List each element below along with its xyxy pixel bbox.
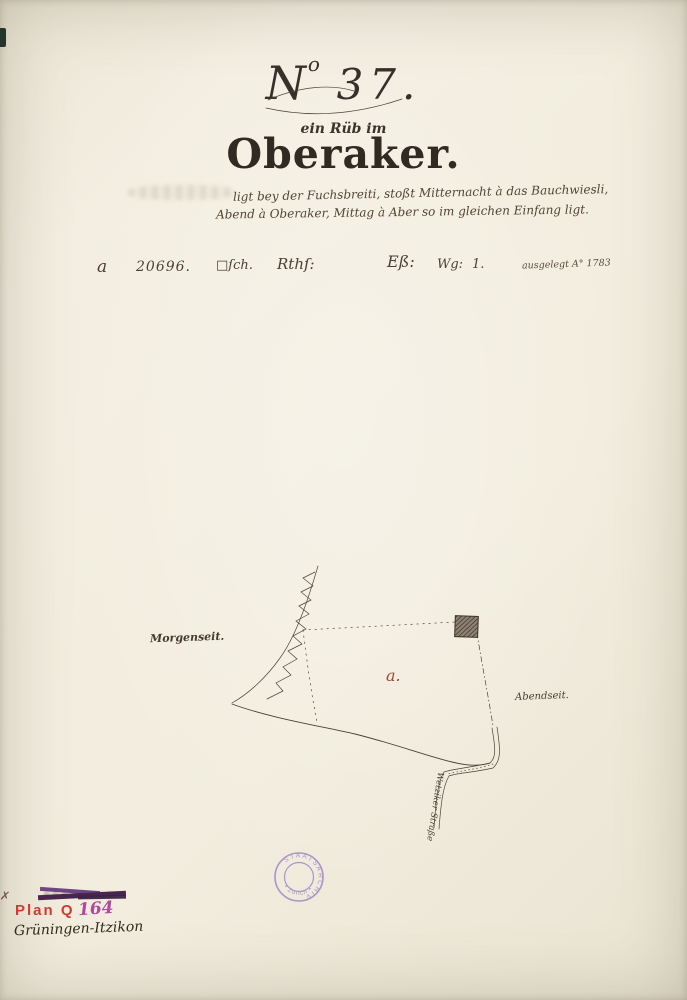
scan-edge-mark [0, 28, 6, 47]
road-edge-dots [447, 764, 493, 774]
slope-hatching [267, 572, 315, 699]
erased-text-smudge [128, 185, 236, 200]
stamp-text-top: STAATSARCHIV [283, 852, 324, 900]
scanned-plan-page: No 37. ein Rüb im Oberaker. ligt bey der… [0, 0, 687, 1000]
svg-text:• Zürich •: • Zürich • [282, 884, 314, 897]
building-square [455, 616, 479, 638]
road-line-outer [439, 727, 500, 829]
parcel-boundary-top-dotted [303, 622, 455, 630]
date-note: ausgelegt A° 1783 [522, 257, 611, 271]
plan-signature-stamp: Plan Q [15, 902, 75, 919]
parcel-boundary-right-dashdot [477, 633, 493, 726]
parcel-letter: a [97, 257, 107, 277]
plan-number-value: 37. [337, 60, 422, 109]
parcel-boundary-left-dotted [303, 630, 317, 722]
plan-signature-number: 164 [77, 898, 114, 920]
label-morgenseite: Morgenseit. [150, 630, 225, 646]
stamp-text-bottom: • Zürich • [282, 884, 314, 897]
no-superscript: o [308, 52, 320, 76]
area-unit: □ſch. [216, 258, 253, 273]
location-note: Grüningen-Itzikon [14, 919, 144, 940]
abbr-rths: Rthſ: [277, 255, 315, 273]
edge-cross-mark: ✗ [0, 888, 11, 903]
plan-number-title: No 37. [0, 52, 687, 110]
description-line-2: Abend à Oberaker, Mittag à Aber so im gl… [216, 202, 589, 221]
archive-stamp: STAATSARCHIV • Zürich • [275, 852, 324, 901]
svg-text:STAATSARCHIV: STAATSARCHIV [283, 852, 324, 900]
place-title: Oberaker. [0, 130, 687, 178]
parcel-boundary-bottom [232, 704, 490, 765]
no-letter: N [266, 56, 308, 110]
abbr-wg: Wg: [437, 257, 463, 272]
parcel-letter-label: a. [386, 666, 401, 685]
abbr-ess: Eß: [387, 252, 415, 271]
label-abendseite: Abendseit. [515, 690, 569, 703]
slope-line [232, 566, 318, 703]
area-value: 20696. [136, 259, 191, 275]
wg-value: 1. [472, 257, 484, 272]
description-line-1: ligt bey der Fuchsbreiti, stoßt Mitterna… [233, 182, 608, 204]
road-name-label: Wetziker Straße [424, 771, 445, 841]
